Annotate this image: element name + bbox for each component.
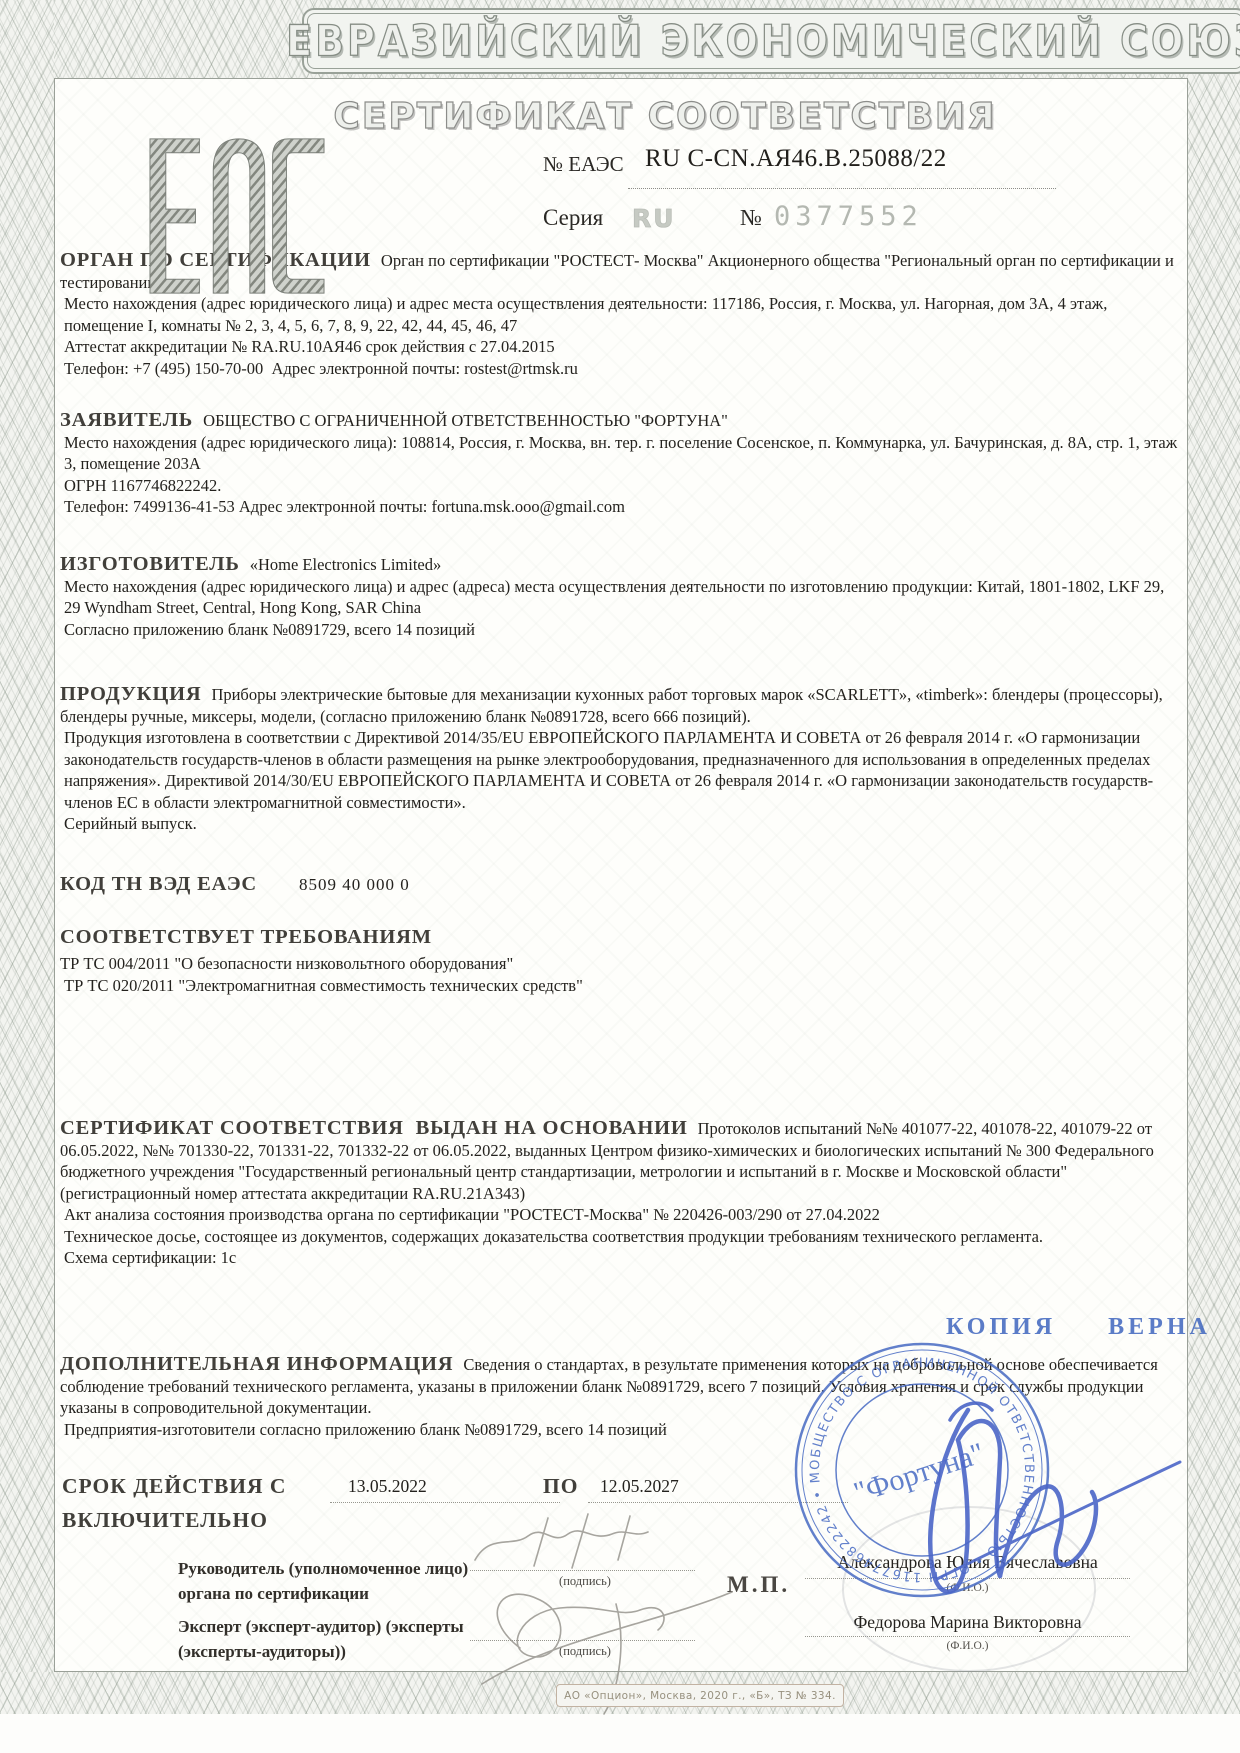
applicant-heading: ЗАЯВИТЕЛЬ xyxy=(60,409,193,431)
applicant-contacts: Телефон: 7499136-41-53 Адрес электронной… xyxy=(60,496,1182,518)
eac-letters xyxy=(150,139,324,293)
manufacturer-heading: ИЗГОТОВИТЕЛЬ xyxy=(60,553,240,575)
cert-number: RU C-CN.АЯ46.В.25088/22 xyxy=(645,145,947,173)
production-description: ПРОДУКЦИЯПриборы электрические бытовые д… xyxy=(60,684,1182,727)
cert-number-label: № ЕАЭС xyxy=(543,152,624,177)
compliance-regulation-2: ТР ТС 020/2011 "Электромагнитная совмест… xyxy=(60,975,1182,997)
applicant-name-text: ОБЩЕСТВО С ОГРАНИЧЕННОЙ ОТВЕТСТВЕННОСТЬЮ… xyxy=(203,411,728,430)
compliance-heading: СООТВЕТСТВУЕТ ТРЕБОВАНИЯМ xyxy=(60,926,1182,949)
compliance-regulation-1: ТР ТС 004/2011 "О безопасности низковоль… xyxy=(60,953,1182,975)
applicant-ogrn: ОГРН 1167746822242. xyxy=(60,475,1182,497)
copy-valid-word-2: ВЕРНА xyxy=(1108,1314,1211,1340)
tnved-row: КОД ТН ВЭД ЕАЭС8509 40 000 0 xyxy=(60,874,1182,896)
manufacturer-name: ИЗГОТОВИТЕЛЬ«Home Electronics Limited» xyxy=(60,554,1182,576)
section-production: ПРОДУКЦИЯПриборы электрические бытовые д… xyxy=(60,684,1182,835)
blue-signature xyxy=(850,1390,1200,1600)
certificate-title: СЕРТИФИКАТ СООТВЕТСТВИЯ xyxy=(330,96,1000,137)
section-basis: СЕРТИФИКАТ СООТВЕТСТВИЯ ВЫДАН НА ОСНОВАН… xyxy=(60,1118,1182,1269)
basis-protocols: СЕРТИФИКАТ СООТВЕТСТВИЯ ВЫДАН НА ОСНОВАН… xyxy=(60,1118,1182,1204)
blank-number-label: № xyxy=(740,205,762,231)
blank-number: 0377552 xyxy=(774,201,923,232)
production-description-text: Приборы электрические бытовые для механи… xyxy=(60,685,1167,726)
certificate-page: ЕВРАЗИЙСКИЙ ЭКОНОМИЧЕСКИЙ СОЮЗ СЕРТИФИКА… xyxy=(0,0,1240,1753)
guilloche-border-left xyxy=(0,0,54,1714)
basis-scheme: Схема сертификации: 1с xyxy=(60,1247,1182,1269)
production-directives: Продукция изготовлена в соответствии с Д… xyxy=(60,727,1182,813)
eaeu-banner-inner: ЕВРАЗИЙСКИЙ ЭКОНОМИЧЕСКИЙ СОЮЗ xyxy=(307,13,1240,69)
production-heading: ПРОДУКЦИЯ xyxy=(60,683,201,705)
validity-inclusive-label: ВКЛЮЧИТЕЛЬНО xyxy=(62,1508,268,1533)
basis-act: Акт анализа состояния производства орган… xyxy=(60,1204,1182,1226)
manufacturer-annex: Согласно приложению бланк №0891729, всег… xyxy=(60,619,1182,641)
basis-dossier: Техническое досье, состоящее из документ… xyxy=(60,1226,1182,1248)
tnved-code: 8509 40 000 0 xyxy=(299,875,410,894)
certification-body-contacts: Телефон: +7 (495) 150-70-00 Адрес электр… xyxy=(60,358,1182,380)
manufacturer-name-text: «Home Electronics Limited» xyxy=(250,555,442,574)
section-tnved-code: КОД ТН ВЭД ЕАЭС8509 40 000 0 xyxy=(60,874,1182,896)
blue-signature-strokes xyxy=(930,1403,1180,1591)
cert-number-underline xyxy=(628,188,1056,189)
print-house-note: АО «Опцион», Москва, 2020 г., «Б», ТЗ № … xyxy=(556,1684,844,1707)
series-value: RU xyxy=(632,204,676,233)
tnved-heading: КОД ТН ВЭД ЕАЭС xyxy=(60,873,257,895)
copy-valid-stamp: КОПИЯВЕРНА xyxy=(946,1314,1211,1341)
manufacturer-address: Место нахождения (адрес юридического лиц… xyxy=(60,576,1182,619)
copy-valid-word-1: КОПИЯ xyxy=(946,1314,1056,1340)
section-manufacturer: ИЗГОТОВИТЕЛЬ«Home Electronics Limited» М… xyxy=(60,554,1182,640)
certification-body-attestation: Аттестат аккредитации № RA.RU.10АЯ46 сро… xyxy=(60,336,1182,358)
production-serial: Серийный выпуск. xyxy=(60,813,1182,835)
basis-heading: СЕРТИФИКАТ СООТВЕТСТВИЯ ВЫДАН НА ОСНОВАН… xyxy=(60,1117,688,1139)
eaeu-banner-title: ЕВРАЗИЙСКИЙ ЭКОНОМИЧЕСКИЙ СОЮЗ xyxy=(286,16,1240,65)
eaeu-banner: ЕВРАЗИЙСКИЙ ЭКОНОМИЧЕСКИЙ СОЮЗ xyxy=(302,8,1240,74)
section-applicant: ЗАЯВИТЕЛЬОБЩЕСТВО С ОГРАНИЧЕННОЙ ОТВЕТСТ… xyxy=(60,410,1182,518)
applicant-address: Место нахождения (адрес юридического лиц… xyxy=(60,432,1182,475)
additional-info-heading: ДОПОЛНИТЕЛЬНАЯ ИНФОРМАЦИЯ xyxy=(60,1353,453,1375)
applicant-name: ЗАЯВИТЕЛЬОБЩЕСТВО С ОГРАНИЧЕННОЙ ОТВЕТСТ… xyxy=(60,410,1182,432)
validity-from-label: СРОК ДЕЙСТВИЯ С xyxy=(62,1474,286,1499)
certification-body-address: Место нахождения (адрес юридического лиц… xyxy=(60,293,1182,336)
validity-from-date: 13.05.2022 xyxy=(348,1476,427,1497)
eac-logo xyxy=(148,136,326,296)
section-compliance: СООТВЕТСТВУЕТ ТРЕБОВАНИЯМ ТР ТС 004/2011… xyxy=(60,926,1182,996)
series-label: Серия xyxy=(543,205,603,231)
